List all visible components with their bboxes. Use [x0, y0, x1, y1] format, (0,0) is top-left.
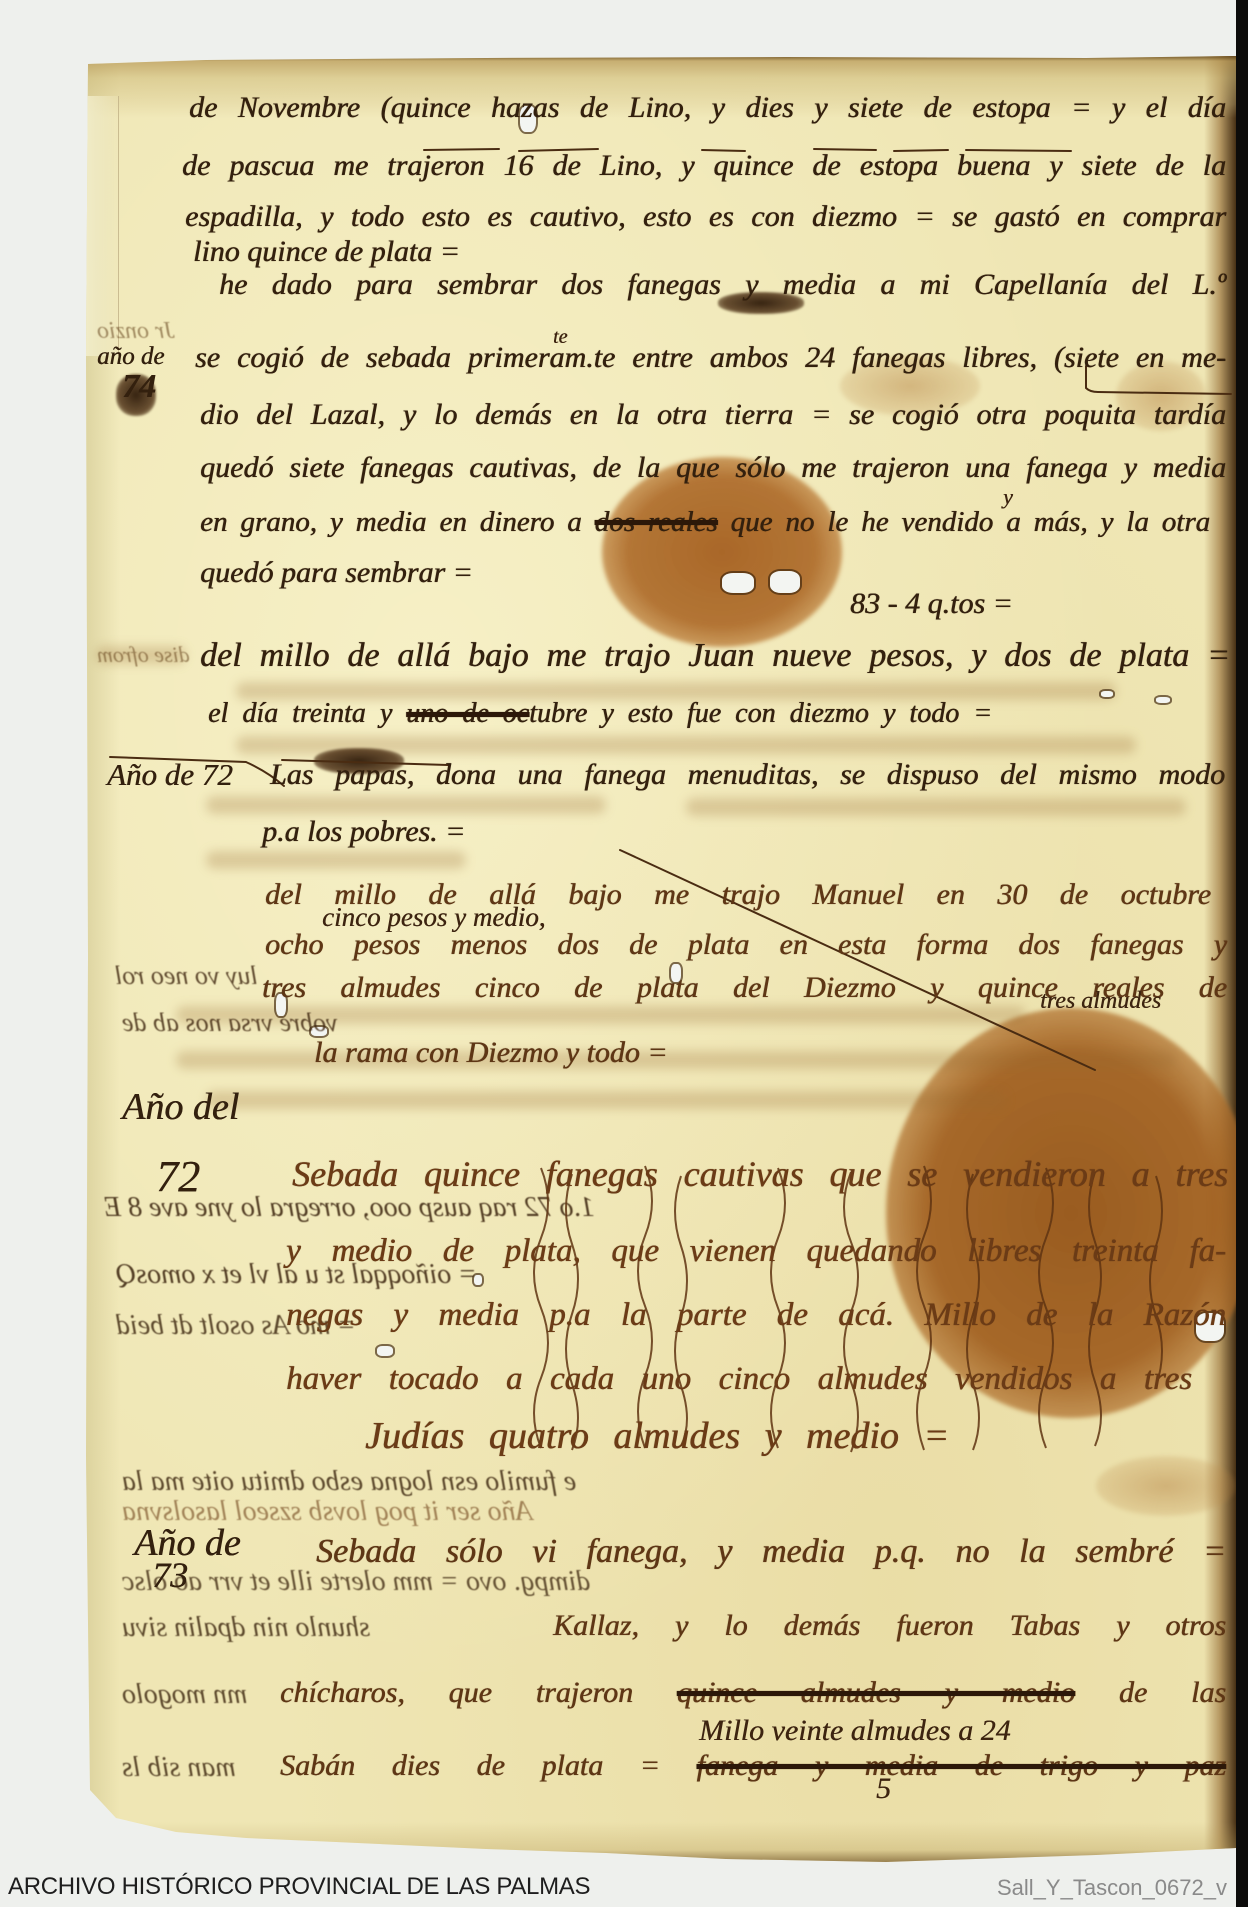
bleed-smudge [206, 1091, 1006, 1109]
text-line: haver tocado a cada uno cinco almudes ve… [286, 1359, 1192, 1399]
superscript-insertion: te [553, 326, 567, 349]
paper-hole [377, 1346, 393, 1356]
text-line: y medio de plata, que vienen quedando li… [286, 1231, 1226, 1271]
margin-note-year: 73 [152, 1554, 188, 1596]
text-line: quedó para sembrar = [200, 555, 473, 591]
paper-hole [1101, 691, 1113, 697]
margin-note-year: 72 [156, 1151, 200, 1202]
bleed-smudge [206, 796, 606, 814]
text-line: de pascua me trajeron 16 de Lino, y quin… [182, 148, 1226, 184]
text-line: Sabán dies de plata = fanega y media de … [280, 1748, 1226, 1784]
struck-text: quince almudes y medio [677, 1676, 1075, 1709]
text-line: se cogió de sebada primeram.te entre amb… [195, 340, 1226, 376]
text-line: espadilla, y todo esto es cautivo, esto … [185, 199, 1226, 235]
folded-corner [86, 96, 119, 356]
water-stain [1096, 1456, 1236, 1516]
margin-note-year: año de [97, 343, 164, 371]
bleed-through-text: mn mogolo [122, 1679, 247, 1711]
text-line: Kallaz, y lo demás fueron Tabas y otros [553, 1608, 1226, 1644]
bleed-through-text: Jr onzio [97, 318, 175, 345]
text-line: Sebada quince fanegas cautivas que se ve… [292, 1153, 1228, 1195]
text-segment: de las [1119, 1676, 1226, 1709]
water-stain [886, 1008, 1248, 1418]
interlinear-insertion: cinco pesos y medio, [322, 902, 545, 933]
text-segment: tubre y esto fue con diezmo y todo = [529, 698, 992, 729]
struck-text: fanega y media de trigo y paz [697, 1749, 1226, 1782]
text-line: Judías quatro almudes y medio = [365, 1414, 949, 1458]
bleed-smudge [686, 798, 1186, 816]
text-segment: el día treinta y [208, 698, 392, 729]
interlinear-insertion: tres almudes [1040, 988, 1161, 1015]
text-segment: que no le he vendido a más, y la otra [731, 506, 1210, 538]
text-line: de Novembre (quince hazas de Lino, y die… [189, 90, 1226, 126]
margin-note-year: Año de 72 [107, 757, 233, 793]
archive-caption: ARCHIVO HISTÓRICO PROVINCIAL DE LAS PALM… [8, 1873, 590, 1901]
text-line: lino quince de plata = [193, 234, 460, 270]
superscript-insertion: y [1003, 484, 1013, 510]
text-line: la rama con Diezmo y todo = [314, 1035, 668, 1071]
paper-hole [1156, 697, 1170, 703]
paper-hole [722, 573, 754, 593]
text-line: chícharos, que trajeron quince almudes y… [280, 1675, 1226, 1711]
text-line: dio del Lazal, y lo demás en la otra tie… [200, 397, 1226, 433]
page-number-mark: 5 [876, 1772, 891, 1806]
text-segment: en grano, y media en dinero a [200, 506, 582, 538]
bleed-through-text: vobre vrsa nos ab de [122, 1008, 338, 1038]
text-line: quedó siete fanegas cautivas, de la que … [200, 450, 1226, 486]
struck-text: uno de oc [406, 698, 529, 729]
margin-note-year: Año del [122, 1085, 239, 1129]
running-total: 83 - 4 q.tos = [850, 586, 1013, 622]
text-line: Sebada sólo vi fanega, y media p.q. no l… [316, 1532, 1226, 1572]
bleed-through-text: shunlo nin dpalin sivu [122, 1612, 370, 1644]
text-segment: Sabán dies de plata = [280, 1749, 660, 1782]
paper-hole [770, 571, 800, 593]
text-line: del millo de allá bajo me trajo Juan nue… [200, 636, 1230, 676]
bleed-smudge [206, 851, 466, 869]
image-id-label: Sall_Y_Tascon_0672_v [997, 1875, 1227, 1901]
text-line: en grano, y media en dinero a dos reales… [200, 504, 1210, 540]
margin-note-year: 74 [122, 368, 156, 406]
bleed-through-text: e fumilo esn logna esbo dmitu oite ma la [122, 1466, 576, 1498]
text-segment: chícharos, que trajeron [280, 1676, 633, 1709]
book-spine-shadow [1236, 0, 1248, 1907]
bleed-through-text: dise ofrom [97, 642, 190, 668]
bleed-through-text: luy vo neo rol [115, 961, 258, 991]
manuscript-page: Jr onzio dise ofrom luy vo neo rol vobre… [86, 56, 1236, 1864]
struck-text: dos reales [595, 506, 718, 538]
bleed-through-text: man sib ls [122, 1752, 236, 1784]
text-line: Las papas, dona una fanega menuditas, se… [270, 757, 1225, 793]
text-line: he dado para sembrar dos fanegas y media… [219, 267, 1226, 303]
text-line: p.a los pobres. = [262, 814, 465, 850]
interlinear-insertion: Millo veinte almudes a 24 [699, 1714, 1011, 1748]
text-line: negas y media p.a la parte de acá. Millo… [286, 1295, 1226, 1335]
text-line: el día treinta y uno de octubre y esto f… [208, 696, 992, 732]
